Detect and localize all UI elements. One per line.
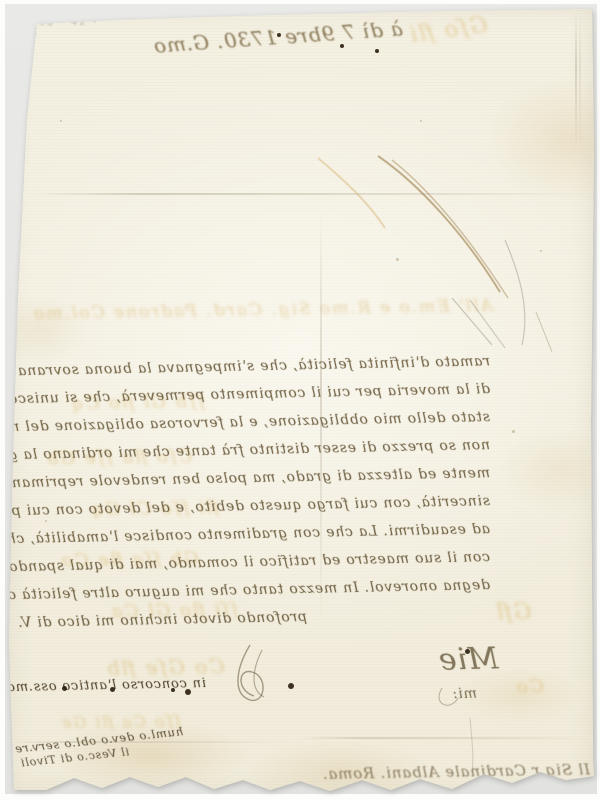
signature-flourish (238, 645, 263, 700)
ink-blot (288, 683, 294, 689)
ink-blot (588, 779, 593, 784)
valediction-showthrough: mi: (452, 686, 477, 703)
bleedthrough-text-line: sincerità, con cui fargo questo debito, … (28, 493, 490, 519)
ghost-flourish: Gﬂ (495, 600, 532, 626)
horizontal-fold-crease (300, 737, 590, 739)
bleedthrough-text-line: degna onorevol. In mezzo tanto che mi au… (28, 577, 490, 603)
dateline-showthrough: à dì 7 9bre 1730. G.mo (182, 16, 403, 55)
paper-surface: 346 - 42 - 6 à dì 7 9bre 1730. G.mo Gſo … (0, 0, 600, 800)
foxing-speck (45, 520, 47, 522)
vertical-fold-crease (320, 210, 322, 630)
vertical-fold-crease (575, 10, 577, 150)
horizontal-fold-crease (30, 193, 590, 195)
horizontal-fold-crease (10, 741, 290, 743)
vertical-fold-crease (579, 10, 581, 150)
scanner-bed: 346 - 42 - 6 à dì 7 9bre 1730. G.mo Gſo … (0, 0, 600, 800)
ink-blot (277, 33, 281, 37)
foxing-speck (420, 120, 422, 122)
valediction-showthrough: Mie (438, 641, 499, 677)
archival-pencil-note: 346 - 42 - 6 (30, 16, 110, 39)
foxing-speck (60, 120, 62, 122)
bleedthrough-text-line: non so prezzo di esser distinto frà tant… (28, 437, 490, 463)
letter-verso-sheet: 346 - 42 - 6 à dì 7 9bre 1730. G.mo Gſo … (0, 0, 600, 800)
ink-blot (171, 688, 175, 692)
foxing-speck (540, 250, 542, 252)
ink-blot (110, 687, 115, 692)
bleedthrough-text-line: di la moveria per cui il compimento perm… (28, 381, 490, 407)
bleedthrough-text-line: profondo divoto inchino mi dico di V. (22, 609, 307, 631)
ink-blot (62, 686, 67, 691)
ink-blot (465, 649, 470, 654)
address-showthrough-line: Il Sig.r Cardinale Albani. Roma. (285, 760, 590, 783)
ghost-flourish: Co (515, 676, 544, 697)
ink-blot (475, 779, 480, 784)
bleedthrough-text-line: ramato d'infinita felicità, che s'impegn… (50, 353, 490, 378)
ink-blot (340, 44, 344, 48)
foxing-speck (396, 258, 399, 261)
ghost-flourish: Gſo ﬂi (407, 13, 489, 49)
bleedthrough-text-line: ad esaudirmi. La che con gradimento cond… (28, 521, 490, 547)
bleedthrough-text-line: mente ed altezza di grado, ma polso ben … (28, 465, 490, 491)
ink-blot (375, 49, 379, 53)
ghost-heading-line: All' Em.o e R.mo Sig. Card. Padrone Col.… (32, 296, 493, 324)
foxing-speck (512, 430, 515, 433)
bleedthrough-closing-line: in concorso l'antico oss.mo di V. Em. (16, 676, 206, 695)
ink-blot (185, 689, 191, 695)
